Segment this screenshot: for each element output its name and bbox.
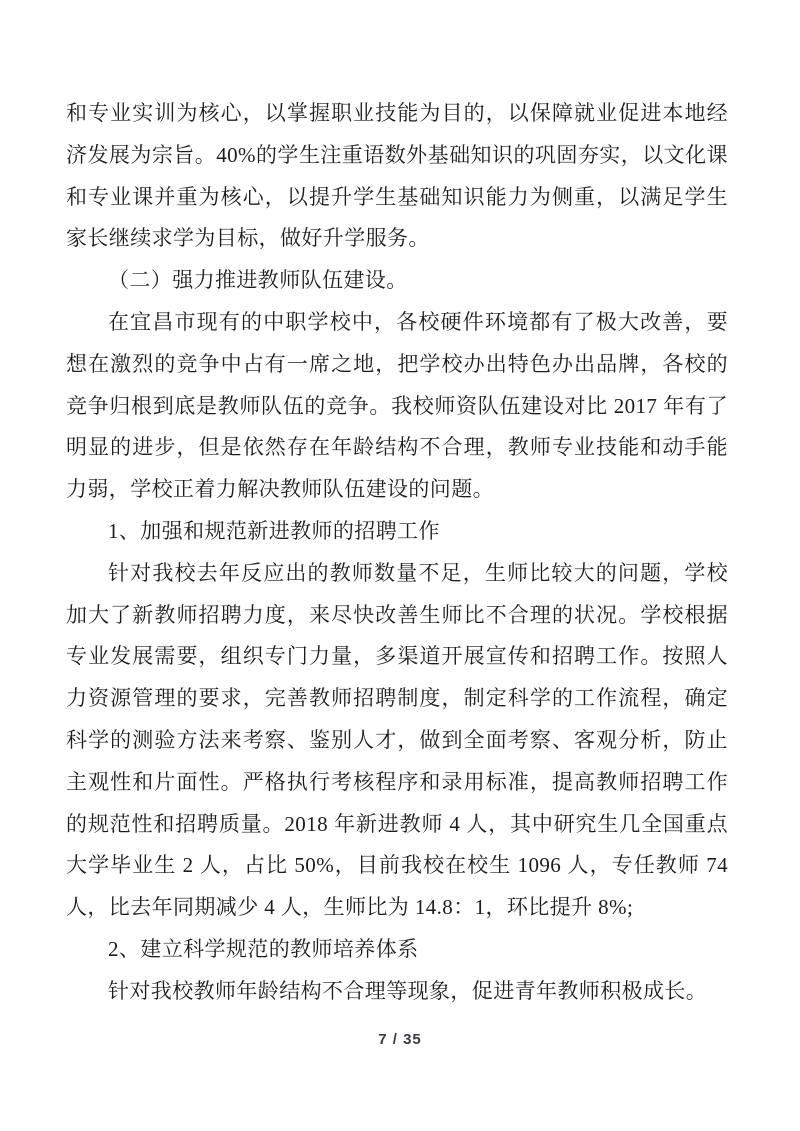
paragraph-continuation: 和专业实训为核心，以掌握职业技能为目的，以保障就业促进本地经济发展为宗旨。40%… bbox=[66, 93, 728, 260]
numbered-subheading-1: 1、加强和规范新进教师的招聘工作 bbox=[66, 511, 728, 553]
document-content: 和专业实训为核心，以掌握职业技能为目的，以保障就业促进本地经济发展为宗旨。40%… bbox=[66, 93, 728, 1013]
paragraph: 针对我校教师年龄结构不合理等现象，促进青年教师积极成长。 bbox=[66, 971, 728, 1013]
page-footer: 7 / 35 bbox=[0, 1031, 800, 1048]
paragraph: 在宜昌市现有的中职学校中，各校硬件环境都有了极大改善，要想在激烈的竞争中占有一席… bbox=[66, 302, 728, 511]
page-number: 7 / 35 bbox=[378, 1031, 422, 1048]
paragraph: 针对我校去年反应出的教师数量不足，生师比较大的问题，学校加大了新教师招聘力度，来… bbox=[66, 553, 728, 929]
numbered-subheading-2: 2、建立科学规范的教师培养体系 bbox=[66, 929, 728, 971]
document-page: 和专业实训为核心，以掌握职业技能为目的，以保障就业促进本地经济发展为宗旨。40%… bbox=[0, 0, 800, 1131]
section-heading: （二）强力推进教师队伍建设。 bbox=[66, 260, 728, 302]
